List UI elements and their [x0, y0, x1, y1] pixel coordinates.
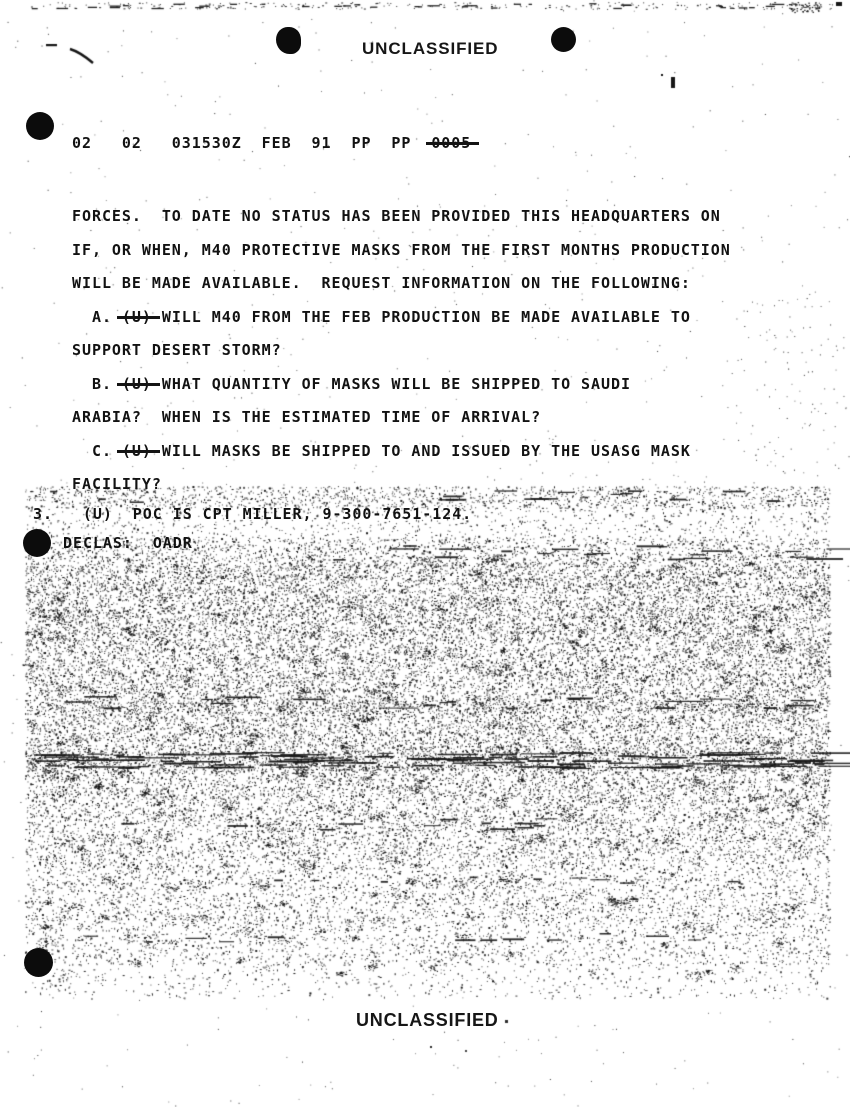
- scan-noise-texture: [0, 0, 850, 1107]
- stamp-dot-right: [551, 27, 576, 52]
- header-classification-stamp: UNCLASSIFIED: [362, 39, 498, 59]
- message-line: ARABIA? WHEN IS THE ESTIMATED TIME OF AR…: [72, 401, 731, 435]
- message-line: WILL BE MADE AVAILABLE. REQUEST INFORMAT…: [72, 267, 731, 301]
- hole-punch-middle: [23, 529, 51, 557]
- routing-line: 02 02 031530Z FEB 91 PP PP 0005: [72, 134, 471, 152]
- hole-punch-top: [26, 112, 54, 140]
- footer-classification-stamp: UNCLASSIFIED: [356, 1010, 499, 1031]
- poc-line: 3. (U) POC IS CPT MILLER, 9-300-7651-124…: [33, 505, 472, 523]
- struck-classification-mark: (U): [122, 368, 152, 402]
- message-line: B. (U) WHAT QUANTITY OF MASKS WILL BE SH…: [72, 368, 731, 402]
- message-body: FORCES. TO DATE NO STATUS HAS BEEN PROVI…: [72, 200, 731, 502]
- message-line: C. (U) WILL MASKS BE SHIPPED TO AND ISSU…: [72, 435, 731, 469]
- message-line: FACILITY?: [72, 468, 731, 502]
- stamp-dot-left: [276, 27, 301, 54]
- struck-classification-mark: (U): [122, 435, 152, 469]
- message-line: A. (U) WILL M40 FROM THE FEB PRODUCTION …: [72, 301, 731, 335]
- declas-line: DECLAS: OADR: [63, 534, 193, 552]
- message-line: FORCES. TO DATE NO STATUS HAS BEEN PROVI…: [72, 200, 731, 234]
- document-page: UNCLASSIFIED 02 02 031530Z FEB 91 PP PP …: [0, 0, 850, 1107]
- hole-punch-bottom: [24, 948, 53, 977]
- struck-classification-mark: (U): [122, 301, 152, 335]
- struck-serial-number: 0005: [431, 134, 471, 152]
- message-line: SUPPORT DESERT STORM?: [72, 334, 731, 368]
- message-line: IF, OR WHEN, M40 PROTECTIVE MASKS FROM T…: [72, 234, 731, 268]
- routing-line-text: 02 02 031530Z FEB 91 PP PP: [72, 134, 431, 152]
